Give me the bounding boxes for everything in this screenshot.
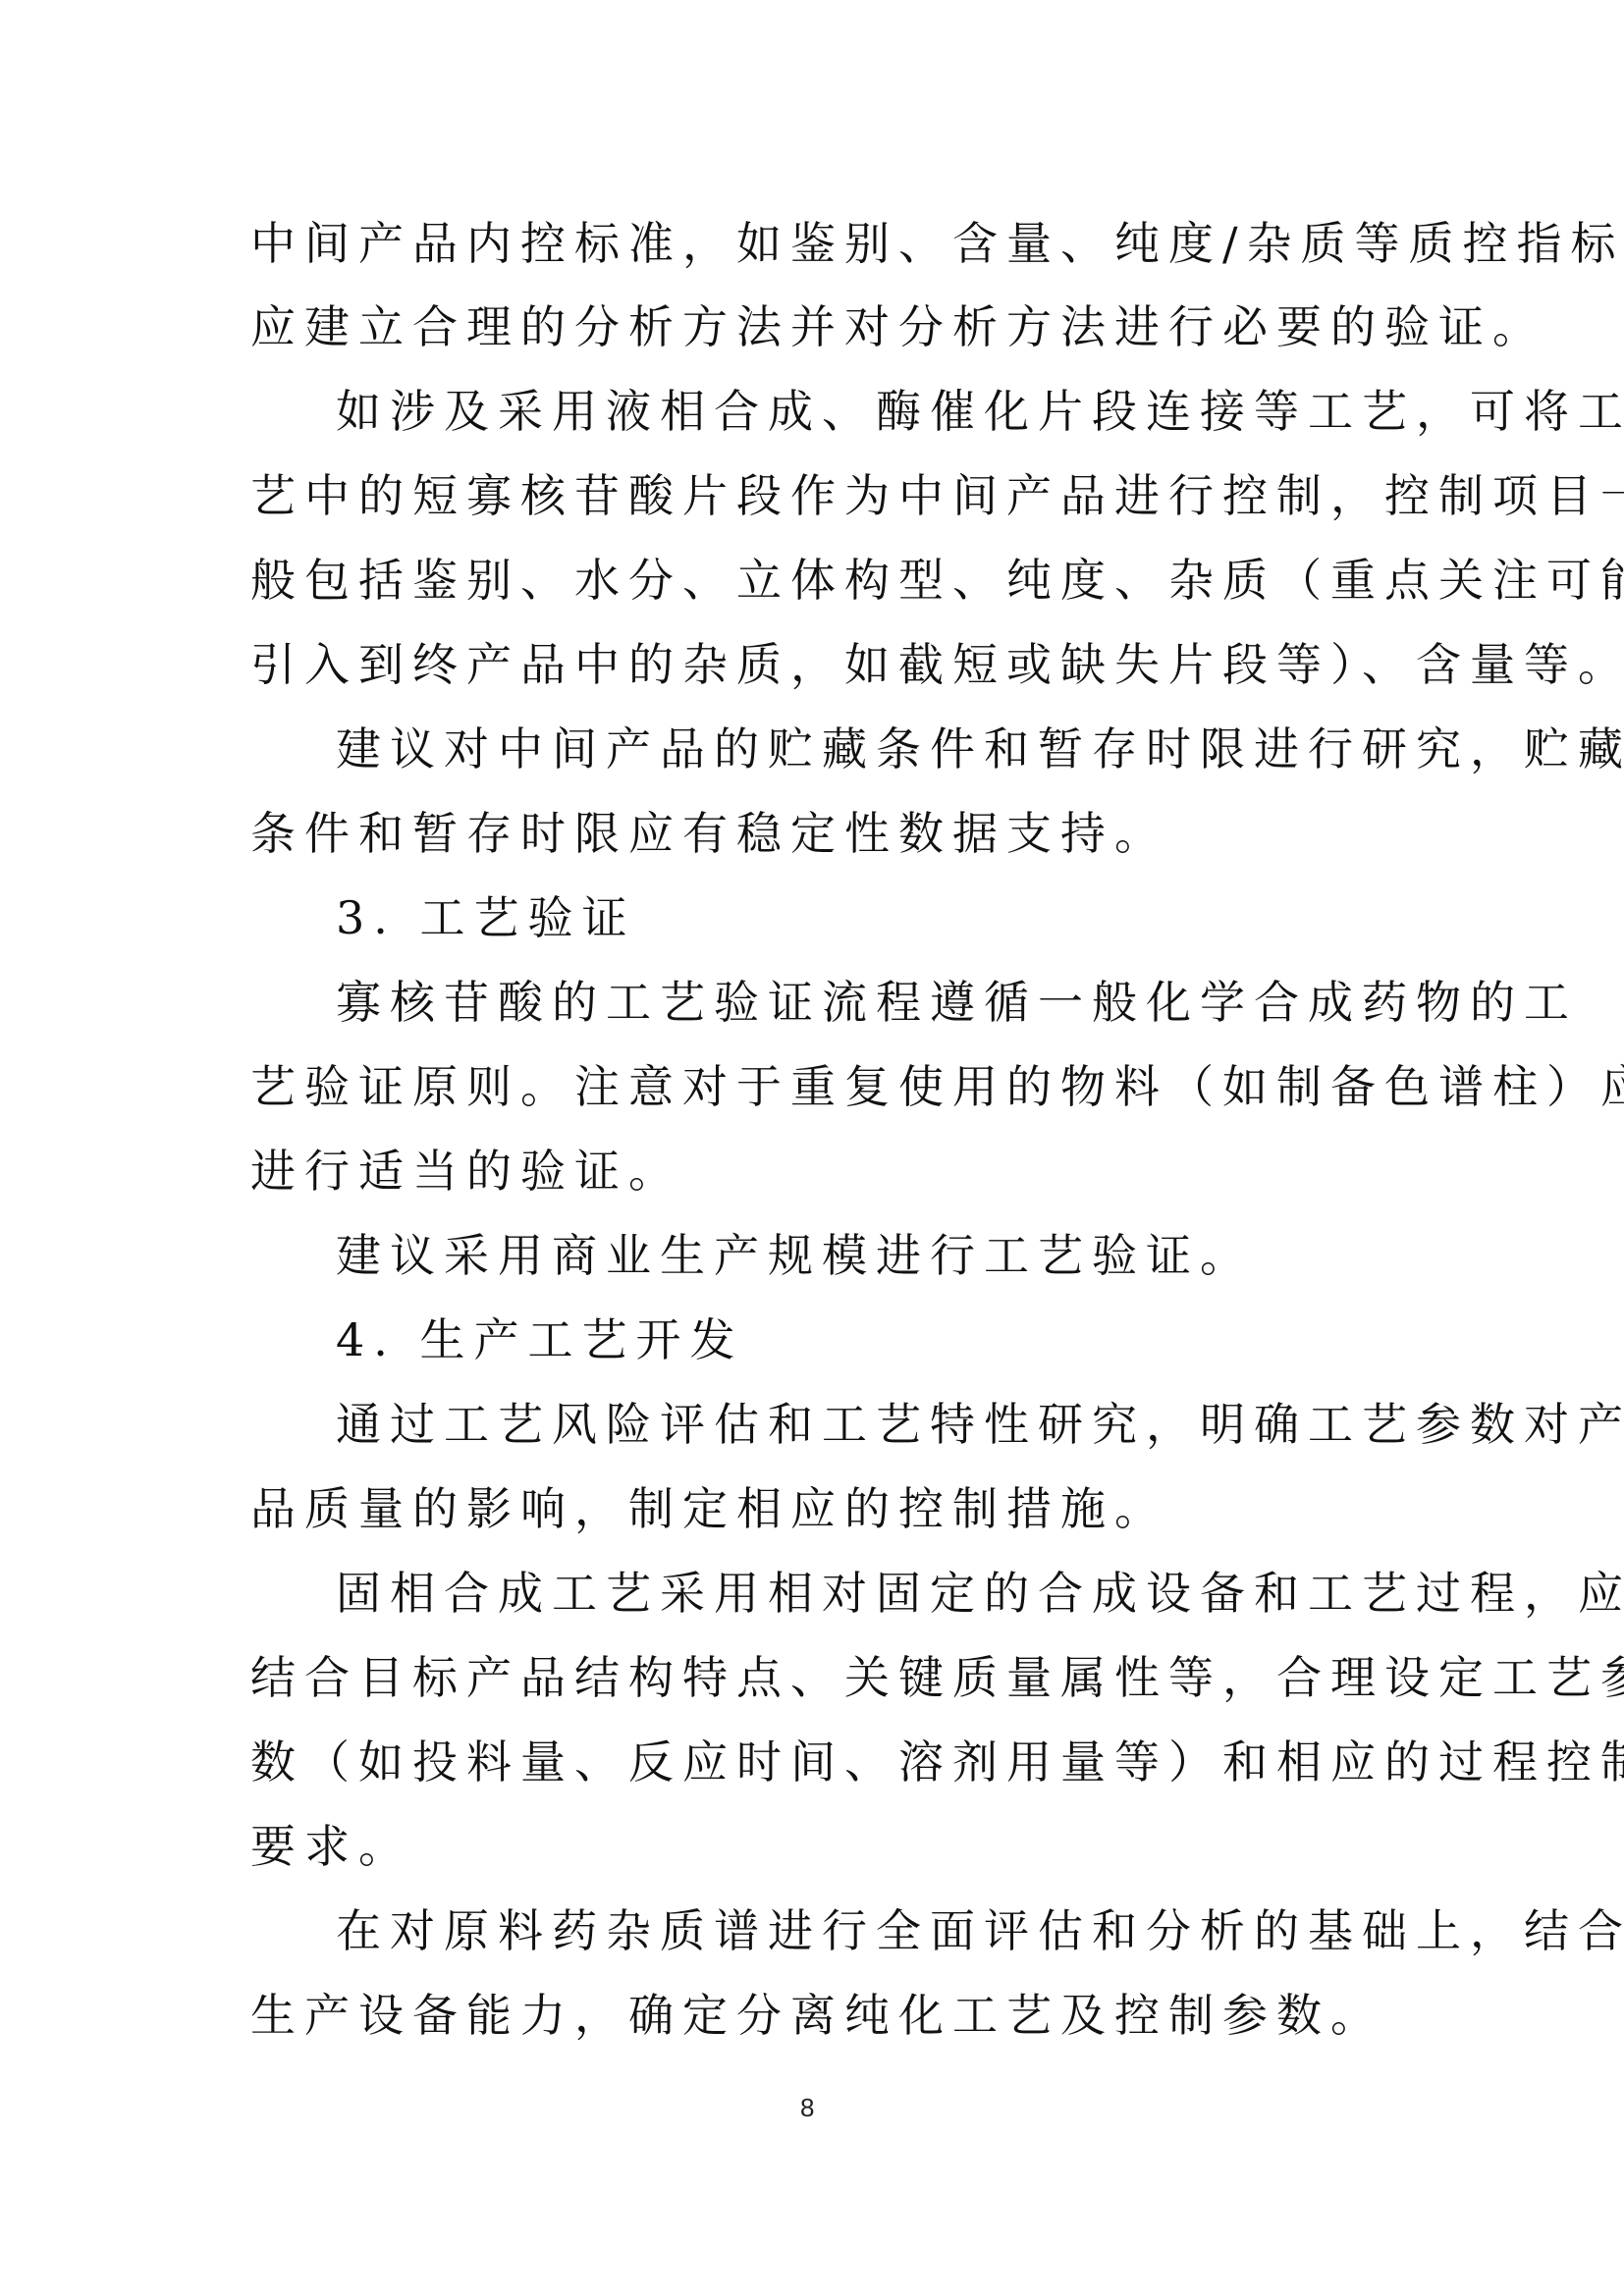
text-line: 结合目标产品结构特点、关键质量属性等，合理设定工艺参	[250, 1648, 1389, 1707]
text-line: 艺验证原则。注意对于重复使用的物料（如制备色谱柱）应	[250, 1057, 1389, 1116]
text-line: 如涉及采用液相合成、酶催化片段连接等工艺，可将工	[336, 382, 1475, 441]
text-line: 进行适当的验证。	[250, 1142, 1389, 1201]
text-line: 在对原料药杂质谱进行全面评估和分析的基础上，结合	[336, 1901, 1475, 1960]
text-line: 中间产品内控标准，如鉴别、含量、纯度/杂质等质控指标，	[250, 214, 1389, 273]
text-line: 建议对中间产品的贮藏条件和暂存时限进行研究，贮藏	[336, 720, 1475, 778]
text-line: 固相合成工艺采用相对固定的合成设备和工艺过程，应	[336, 1564, 1475, 1623]
text-line: 生产设备能力，确定分离纯化工艺及控制参数。	[250, 1986, 1389, 2045]
text-line: 般包括鉴别、水分、立体构型、纯度、杂质（重点关注可能	[250, 551, 1389, 610]
section-heading: 3. 工艺验证	[336, 888, 1475, 947]
text-line: 艺中的短寡核苷酸片段作为中间产品进行控制，控制项目一	[250, 466, 1389, 525]
document-page: 中间产品内控标准，如鉴别、含量、纯度/杂质等质控指标， 应建立合理的分析方法并对…	[0, 0, 1624, 2296]
text-line: 品质量的影响，制定相应的控制措施。	[250, 1479, 1389, 1538]
text-line: 数（如投料量、反应时间、溶剂用量等）和相应的过程控制	[250, 1733, 1389, 1791]
text-line: 引入到终产品中的杂质，如截短或缺失片段等）、含量等。	[250, 635, 1389, 694]
text-line: 应建立合理的分析方法并对分析方法进行必要的验证。	[250, 297, 1389, 356]
text-line: 条件和暂存时限应有稳定性数据支持。	[250, 804, 1389, 863]
text-line: 寡核苷酸的工艺验证流程遵循一般化学合成药物的工	[336, 973, 1475, 1032]
text-line: 通过工艺风险评估和工艺特性研究，明确工艺参数对产	[336, 1395, 1475, 1454]
text-line: 要求。	[250, 1817, 1389, 1876]
text-line: 建议采用商业生产规模进行工艺验证。	[336, 1226, 1475, 1285]
section-heading: 4. 生产工艺开发	[336, 1310, 1475, 1369]
page-number: 8	[800, 2093, 814, 2123]
